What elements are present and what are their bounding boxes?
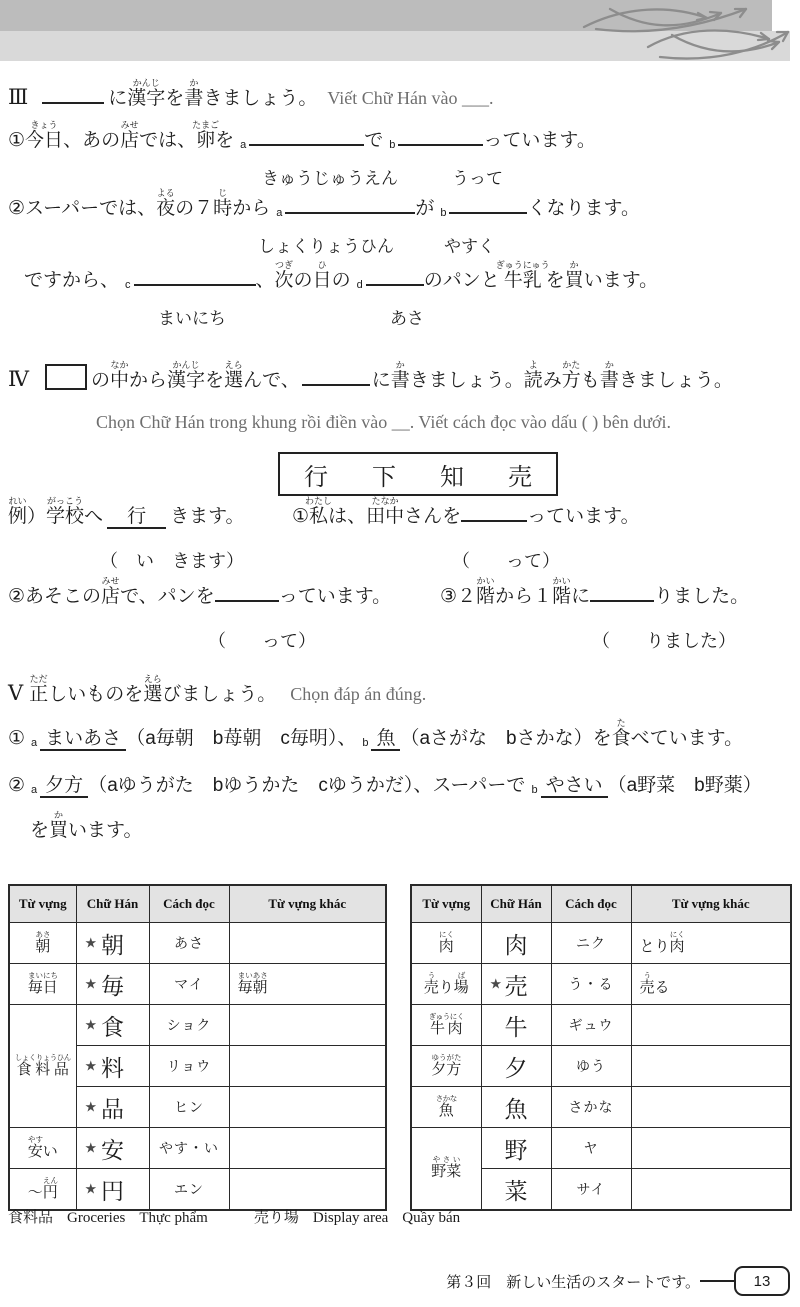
q5-2-number: ② [8,775,25,796]
vocab-reading-cell: さかな [551,1087,631,1128]
legend-term-jp: 売り場 [254,1209,299,1226]
swoosh-arrows-decoration [580,2,795,60]
empty-kanji-box-icon [45,364,87,390]
q2-text-mid: が [415,198,434,219]
col-header-other: Từ vựng khác [631,885,791,923]
q2b-answer-hint-c: まいにち [158,304,226,329]
star-icon: ★ [85,1099,98,1116]
star-icon: ★ [85,1017,98,1034]
vocab-reading-cell: ショク [149,1005,229,1046]
vocab-reading-cell: ヤ [551,1128,631,1169]
vocab-other-cell [229,1046,386,1087]
q5-1-tail: を食たべています。 [593,728,744,749]
vocab-other-cell [229,1087,386,1128]
q4-1-reading: （ って） [452,547,560,573]
choice-kanji: 行 [304,457,328,492]
q2-text-start: ②スーパーでは、夜よるの７時じから [8,198,270,219]
vocab-word-cell: 食料品しょくりょうひん [9,1005,76,1128]
q4-2-blank [215,598,279,602]
vocab-kanji-cell: 魚 [481,1087,551,1128]
vocab-word-cell: 毎日まいにち [9,964,76,1005]
vocab-kanji: 菜 [505,1178,528,1204]
vocab-other-cell [229,923,386,964]
q4-2-text-start: ②あそこの店みせで、パンを [8,586,215,607]
vocab-reading-cell: あさ [149,923,229,964]
q2b-answer-hint-d: あさ [390,304,424,329]
section3-title: に漢字かんじを書かきましょう。 [108,88,317,109]
q5-2-answer-b: やさい [541,775,608,798]
vocab-other-cell: 毎朝まいあさ [229,964,386,1005]
kanji-choice-box: 行 下 知 売 [278,452,558,496]
example-text-start: 例れい）学校がっこうへ [8,506,103,527]
vocab-word-cell: 肉にく [411,923,481,964]
page-footer: 第３回 新しい生活のスタートです。 13 [446,1266,790,1296]
q2b-line: ですから、c、次つぎの日ひのdのパンと牛乳ぎゅうにゅうを買かいます。 [24,260,658,293]
q4-1-text-end: っています。 [527,506,639,527]
q5-2-tail: を買かいます。 [30,820,143,841]
vocab-row: ～円えん ★円 エン [9,1169,386,1211]
vocab-kanji: 魚 [505,1096,528,1122]
col-header-word: Từ vựng [9,885,76,923]
star-icon: ★ [85,1058,98,1075]
section4-heading: Ⅳの中なかから漢字かんじを選えらんで、に書かきましょう。読よみ方かたも書かきまし… [8,360,733,393]
vocab-header-row: Từ vựng Chữ Hán Cách đọc Từ vựng khác [9,885,386,923]
col-header-reading: Cách đọc [551,885,631,923]
q2b-text-start: ですから、 [24,270,119,291]
vocab-kanji: 牛 [505,1014,528,1040]
vocab-kanji: 肉 [505,932,528,958]
q1-text-end: っています。 [483,130,595,151]
section5-heading: Ⅴ正ただしいものを選えらびましょう。Chọn đáp án đúng. [8,674,426,707]
blank-label-b: b [440,207,446,219]
q1-text-mid: で [364,130,383,151]
vocab-other-cell: 売うる [631,964,791,1005]
vocab-header-row: Từ vựng Chữ Hán Cách đọc Từ vựng khác [411,885,791,923]
vocab-reading-cell: ゆう [551,1046,631,1087]
vocab-other-cell [631,1005,791,1046]
star-icon: ★ [85,935,98,952]
vocab-kanji-cell: ★品 [76,1087,149,1128]
choice-label-b: b [362,737,368,749]
q4-3-text-end: りました。 [654,586,749,607]
section4-title-end: に書かきましょう。読よみ方かたも書かきましょう。 [372,370,733,391]
vocab-reading-cell: サイ [551,1169,631,1211]
blank-label-b: b [389,139,395,151]
vocab-word-cell: 売うり場ば [411,964,481,1005]
vocab-word-cell: 夕方ゆうがた [411,1046,481,1087]
vocab-row: 夕方ゆうがた 夕 ゆう [411,1046,791,1087]
section3-heading-blank [42,100,104,104]
vocab-row: 魚さかな 魚 さかな [411,1087,791,1128]
blank-label-d: d [357,279,363,291]
q4-2-text-end: っています。 [279,586,391,607]
q4-1-text-start: ①私わたしは、田中たなかさんを [292,506,461,527]
vocab-reading-cell: う・る [551,964,631,1005]
q5-1-answer-a: まいあさ [40,728,126,751]
vocab-other-cell [229,1005,386,1046]
q5-1-options-b: （aさがな bさかな） [400,728,592,749]
star-icon: ★ [490,976,503,993]
vocab-table-right: Từ vựng Chữ Hán Cách đọc Từ vựng khác 肉に… [410,884,792,1211]
vocab-kanji: 品 [101,1096,124,1122]
q2-line: ②スーパーでは、夜よるの７時じからaがbくなります。 [8,188,640,221]
section4-numeral: Ⅳ [8,367,29,391]
col-header-kanji: Chữ Hán [76,885,149,923]
vocab-row: 朝あさ ★朝 あさ [9,923,386,964]
legend-term-vi: Quầy bán [402,1210,460,1226]
vocab-kanji: 野 [505,1137,528,1163]
vocab-other-cell [631,1087,791,1128]
vocab-kanji-cell: 野 [481,1128,551,1169]
q4-1-blank [461,518,527,522]
section3-heading: Ⅲに漢字かんじを書かきましょう。Viết Chữ Hán vào ___. [8,78,494,111]
section5-instruction-vi: Chọn đáp án đúng. [290,684,426,704]
q4-3-blank [590,598,654,602]
vocab-kanji: 朝 [101,932,124,958]
vocab-row: 野菜やさい 野 ヤ [411,1128,791,1169]
q4-1-line: ①私わたしは、田中たなかさんをっています。 [292,496,640,529]
vocab-kanji: 夕 [505,1055,528,1081]
vocab-kanji-cell: 菜 [481,1169,551,1211]
star-icon: ★ [85,1181,98,1198]
vocabulary-legend: 食料品GroceriesThực phẩm売り場Display areaQuầy… [8,1206,474,1227]
vocab-kanji: 毎 [101,973,124,999]
col-header-kanji: Chữ Hán [481,885,551,923]
section4-heading-blank [302,382,370,386]
lesson-title: 第３回 新しい生活のスタートです。 [446,1271,700,1292]
vocab-row: 売うり場ば ★売 う・る 売うる [411,964,791,1005]
example-reading: （ い きます） [100,547,244,573]
q5-1-options-a: （a毎朝 b苺朝 c毎明）、 [126,728,356,749]
q1-blank-b [398,142,483,146]
q1-line: ①今日きょう、あの店みせでは、卵たまごをaでbっています。 [8,120,596,153]
q1-text-start: ①今日きょう、あの店みせでは、卵たまごを [8,130,234,151]
q4-2-reading: （ って） [208,627,316,653]
vocab-word-cell: 牛肉ぎゅうにく [411,1005,481,1046]
q2b-text-mid: 、次つぎの日ひの [256,270,351,291]
vocab-kanji-cell: 牛 [481,1005,551,1046]
col-header-word: Từ vựng [411,885,481,923]
vocab-word-cell: 野菜やさい [411,1128,481,1211]
q2-blank-a [285,210,415,214]
vocab-reading-cell: やす・い [149,1128,229,1169]
q5-2-line: ②a夕方（aゆうがた bゆうかた cゆうかだ）、スーパーでbやさい（a野菜 b野… [8,775,762,798]
vocab-kanji-cell: ★食 [76,1005,149,1046]
choice-label-a: a [31,784,37,796]
vocab-kanji: 料 [101,1055,124,1081]
choice-kanji: 下 [372,457,396,492]
vocab-reading-cell: エン [149,1169,229,1211]
q2-answer-hint-a: しょくりょうひん [258,232,394,257]
q2b-blank-d [366,282,424,286]
legend-term-en: Groceries [67,1210,125,1226]
vocab-kanji: 食 [101,1014,124,1040]
choice-label-b: b [531,784,537,796]
q1-answer-hint-a: きゅうじゅうえん [262,164,398,189]
vocab-word-cell: 魚さかな [411,1087,481,1128]
q2-answer-hint-b: やすく [444,232,495,257]
legend-term-en: Display area [313,1210,388,1226]
q1-answer-hint-b: うって [452,164,503,189]
vocab-table-left: Từ vựng Chữ Hán Cách đọc Từ vựng khác 朝あ… [8,884,387,1211]
q2-text-end: くなります。 [527,198,639,219]
q4-3-line: ③２階かいから１階かいにりました。 [440,576,749,609]
vocab-word-cell: 朝あさ [9,923,76,964]
section4-instruction-vi: Chọn Chữ Hán trong khung rồi điền vào __… [96,412,671,434]
vocab-other-cell [229,1169,386,1211]
vocab-kanji-cell: ★朝 [76,923,149,964]
section5-numeral: Ⅴ [8,681,23,705]
section5-title: 正ただしいものを選えらびましょう。 [29,684,276,705]
legend-term-vi: Thực phẩm [139,1210,208,1226]
vocab-other-cell [631,1169,791,1211]
vocab-other-cell [631,1128,791,1169]
q4-2-line: ②あそこの店みせで、パンをっています。 [8,576,391,609]
footer-connector-line [700,1280,734,1282]
vocab-kanji-cell: 肉 [481,923,551,964]
vocab-kanji-cell: ★安 [76,1128,149,1169]
blank-label-a: a [276,207,282,219]
vocab-word-cell: 安やすい [9,1128,76,1169]
vocab-kanji-cell: ★売 [481,964,551,1005]
vocab-kanji-cell: 夕 [481,1046,551,1087]
q5-2-options-b: （a野菜 b野薬） [608,775,762,796]
q5-1-answer-b: 魚 [371,728,400,751]
vocab-other-cell [229,1128,386,1169]
page-number-badge: 13 [734,1266,790,1296]
section3-instruction-vi: Viết Chữ Hán vào ___. [327,88,493,108]
section3-numeral: Ⅲ [8,85,28,109]
q1-blank-a [249,142,364,146]
choice-kanji: 売 [508,457,532,492]
example-text-end: きます。 [170,506,244,527]
vocab-reading-cell: ギュウ [551,1005,631,1046]
star-icon: ★ [85,1140,98,1157]
q5-2-options-a: （aゆうがた bゆうかた cゆうかだ）、スーパーで [88,775,525,796]
vocab-reading-cell: マイ [149,964,229,1005]
vocab-kanji-cell: ★毎 [76,964,149,1005]
vocab-row: 毎日まいにち ★毎 マイ 毎朝まいあさ [9,964,386,1005]
vocab-row: 安やすい ★安 やす・い [9,1128,386,1169]
vocab-kanji-cell: ★円 [76,1169,149,1211]
q4-3-reading: （ りました） [592,627,736,653]
blank-label-a: a [240,139,246,151]
example-line: 例れい）学校がっこうへ行きます。 [8,496,245,529]
col-header-reading: Cách đọc [149,885,229,923]
vocab-kanji-cell: ★料 [76,1046,149,1087]
q5-1-line: ①aまいあさ（a毎朝 b苺朝 c毎明）、b魚（aさがな bさかな）を食たべていま… [8,718,743,751]
vocab-word-cell: ～円えん [9,1169,76,1211]
blank-label-c: c [125,279,131,291]
q2-blank-b [449,210,527,214]
vocab-kanji: 円 [101,1178,124,1204]
vocab-reading-cell: リョウ [149,1046,229,1087]
vocab-row: 牛肉ぎゅうにく 牛 ギュウ [411,1005,791,1046]
choice-kanji: 知 [440,457,464,492]
choice-label-a: a [31,737,37,749]
vocab-row: 食料品しょくりょうひん ★食 ショク [9,1005,386,1046]
q4-3-text-start: ③２階かいから１階かいに [440,586,590,607]
vocab-reading-cell: ヒン [149,1087,229,1128]
section4-title-start: の中なかから漢字かんじを選えらんで、 [91,370,300,391]
vocab-other-cell: とり肉にく [631,923,791,964]
q5-2-tail-line: を買かいます。 [30,810,143,843]
vocab-row: 肉にく 肉 ニク とり肉にく [411,923,791,964]
q5-2-answer-a: 夕方 [40,775,88,798]
q2b-text-end: のパンと牛乳ぎゅうにゅうを買かいます。 [424,270,658,291]
star-icon: ★ [85,976,98,993]
vocab-kanji: 売 [505,973,528,999]
page-number: 13 [754,1273,771,1290]
vocab-reading-cell: ニク [551,923,631,964]
col-header-other: Từ vựng khác [229,885,386,923]
legend-term-jp: 食料品 [8,1209,53,1226]
q2b-blank-c [134,282,256,286]
q5-1-number: ① [8,728,25,749]
textbook-page: Ⅲに漢字かんじを書かきましょう。Viết Chữ Hán vào ___. ①今… [0,0,800,1307]
vocab-other-cell [631,1046,791,1087]
example-answer: 行 [107,506,166,529]
vocab-kanji: 安 [101,1137,124,1163]
